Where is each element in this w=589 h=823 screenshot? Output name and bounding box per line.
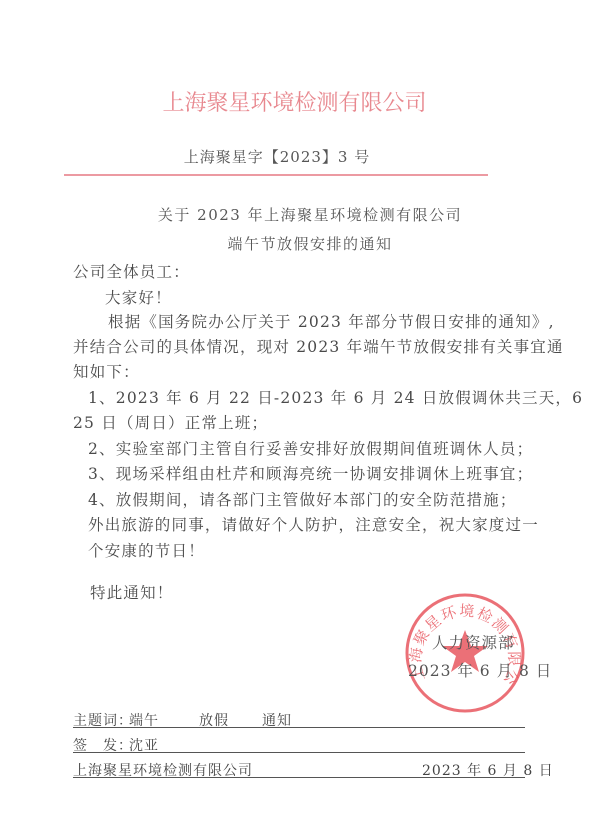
closing-line: 外出旅游的同事，请做好个人防护，注意安全，祝大家度过一 [88,513,539,535]
signing-department: 人力资源部 [432,631,515,653]
list-item-1: 1、2023 年 6 月 22 日-2023 年 6 月 24 日放假调休共三天… [88,386,589,408]
list-item-3: 3、现场采样组由杜芹和顾海亮统一协调安排调休上班事宜； [88,462,533,484]
list-item-1-cont: 25 日（周日）正常上班； [73,411,268,433]
footer-rule [73,752,525,753]
paragraph-line: 并结合公司的具体情况，现对 2023 年端午节放假安排有关事宜通 [73,335,564,357]
document-number: 上海聚星字【2023】3 号 [0,146,554,167]
notice-title-line1: 关于 2023 年上海聚星环境检测有限公司 [0,204,589,225]
footer-rule [73,777,525,778]
footer-rule [73,727,525,728]
notice-title-line2: 端午节放假安排的通知 [0,233,589,254]
greeting: 大家好！ [105,286,172,308]
signing-date: 2023 年 6 月 8 日 [408,659,552,681]
list-item-2: 2、实验室部门主管自行妥善安排好放假期间值班调休人员； [88,437,533,459]
list-item-4: 4、放假期间，请各部门主管做好本部门的安全防范措施； [88,488,517,510]
paragraph-line: 根据《国务院办公厅关于 2023 年部分节假日安排的通知》, [108,310,555,332]
end-note: 特此通知！ [90,581,174,603]
closing-line: 个安康的节日！ [88,539,205,561]
red-divider [64,174,488,176]
salutation: 公司全体员工： [73,260,190,282]
company-seal: 上海聚星环境检测有限公司 [404,592,526,714]
paragraph-line: 知如下： [73,360,140,382]
org-title: 上海聚星环境检测有限公司 [0,86,589,117]
